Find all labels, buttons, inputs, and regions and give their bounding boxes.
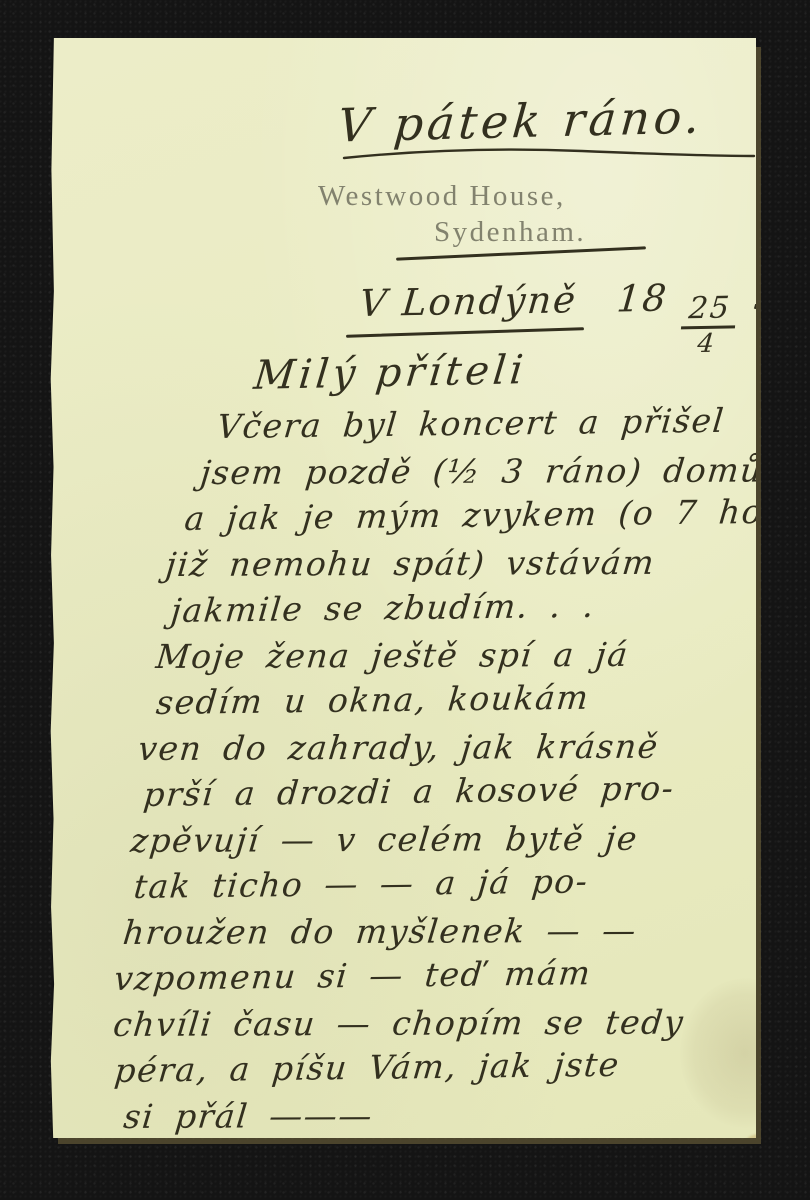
letter-line: si přál ———	[121, 1091, 742, 1140]
letter-line: jakmile se zbudím. . .	[169, 580, 796, 634]
letter-line: a jak je mým zvykem (o 7 hod	[182, 488, 805, 542]
letter-line: prší a drozdi a kosové pro-	[141, 764, 776, 818]
letter-line: tak ticho — — a já po-	[132, 856, 767, 910]
dateline-prefix: 18	[615, 277, 670, 321]
letter-line: péra, a píšu Vám, jak jste	[112, 1040, 747, 1094]
printed-letterhead: Westwood House, Sydenham.	[318, 178, 648, 250]
dateline-day: 25	[681, 293, 738, 329]
fingerprint-smudge	[680, 978, 810, 1128]
letter-line: sedím u okna, koukám	[154, 672, 786, 726]
letterhead-line2: Sydenham.	[434, 214, 648, 250]
salutation: Milý příteli	[252, 347, 529, 399]
letterhead-line1: Westwood House,	[318, 180, 566, 212]
dateline-place: V Londýně	[358, 278, 579, 325]
letter-paper: V pátek ráno. Westwood House, Sydenham. …	[50, 38, 756, 1138]
heading-underline	[342, 142, 756, 166]
dateline-month: 4	[696, 329, 717, 357]
letter-line: vzpomenu si — teď mám	[112, 948, 757, 1002]
dateline-date-fraction: 25 4	[679, 293, 739, 357]
photograph-of-letter: V pátek ráno. Westwood House, Sydenham. …	[0, 0, 810, 1200]
letter-line: Včera byl koncert a přišel	[215, 397, 810, 450]
